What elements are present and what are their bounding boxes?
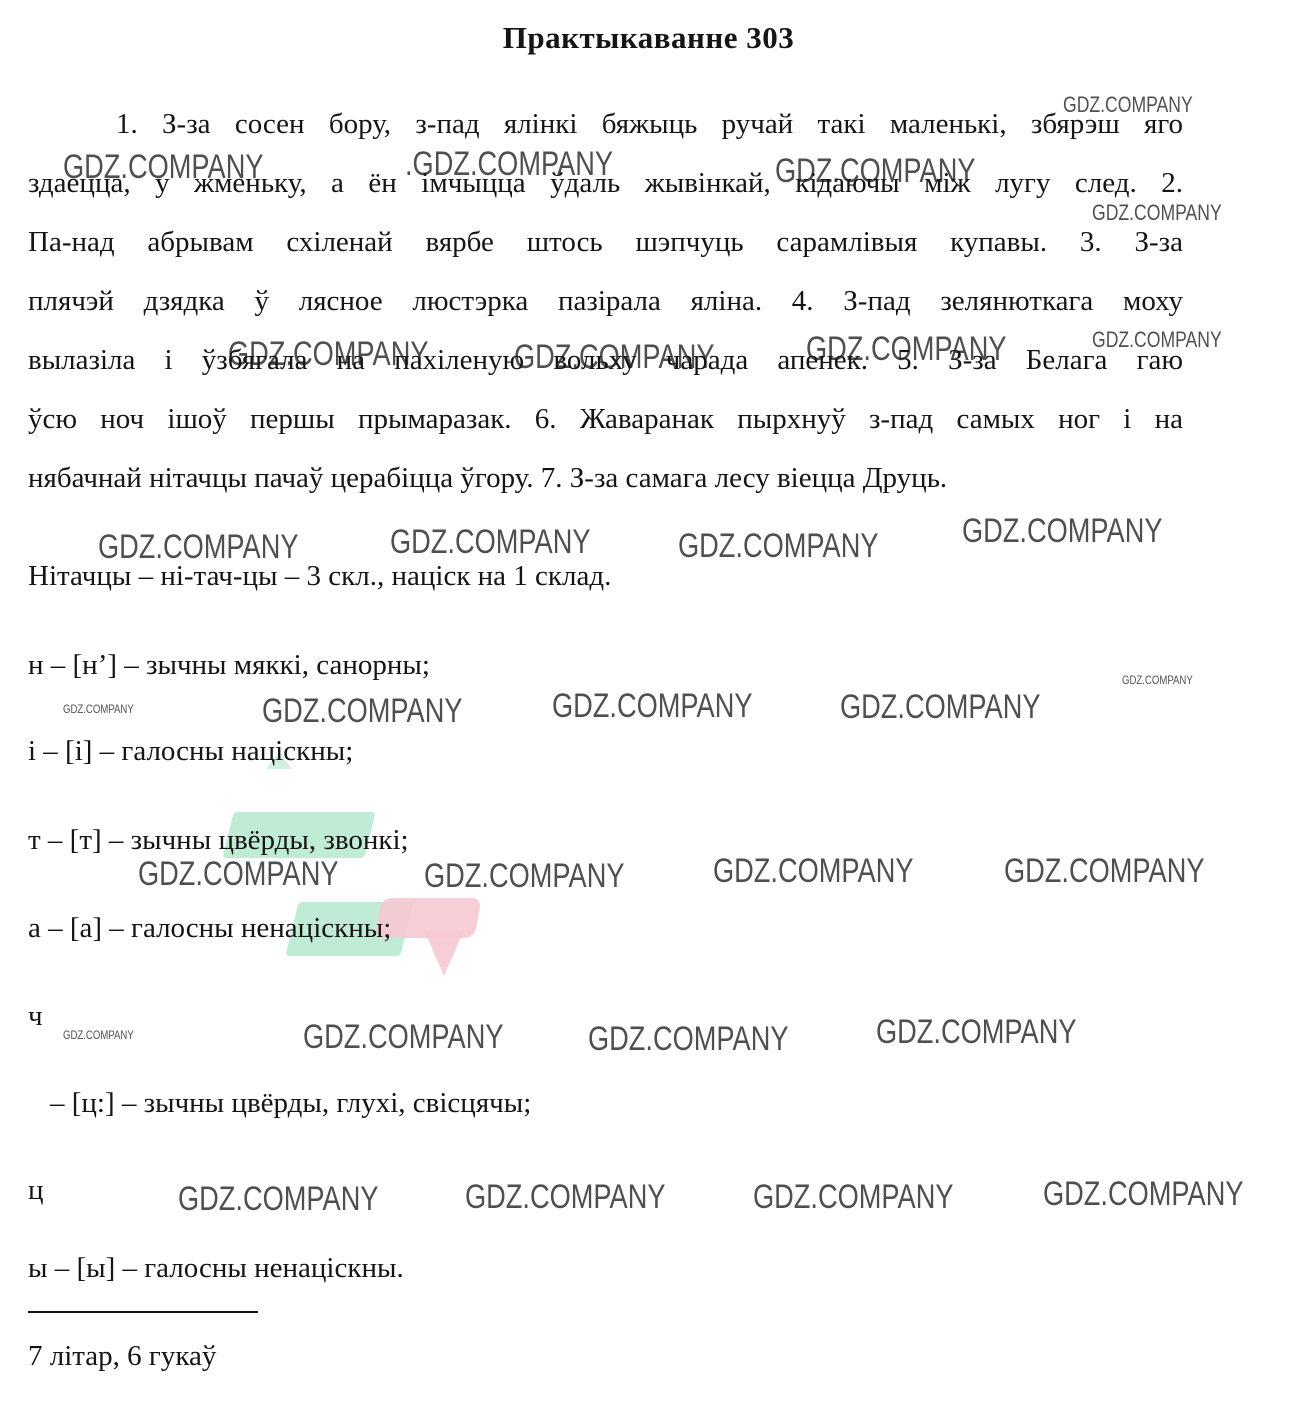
paragraph-line: здаецца, у жменьку, а ён імчыцца ўдаль ж… [28, 163, 1183, 203]
document-page: Практыкаванне 303 1. З-за сосен бору, з-… [0, 0, 1297, 1403]
watermark: GDZ.COMPANY [840, 688, 1040, 727]
paragraph-line: плячэй дзядка ў лясное люстэрка пазірала… [28, 281, 1183, 321]
watermark: GDZ.COMPANY [678, 527, 878, 566]
watermark: GDZ.COMPANY [424, 857, 624, 896]
syllable-breakdown-line: Нітачцы – ні-тач-цы – 3 скл., націск на … [28, 556, 611, 596]
analysis-line-i: і – [і] – галосны націскны; [28, 731, 353, 771]
page-title: Практыкаванне 303 [0, 20, 1297, 56]
paragraph-line: вылазіла і ўзбягала на пахіленую вольху … [28, 340, 1183, 380]
paragraph-line: 1. З-за сосен бору, з-пад ялінкі бяжыць … [28, 104, 1183, 144]
analysis-line-a: а – [а] – галосны ненаціскны; [28, 908, 391, 948]
watermark: GDZ.COMPANY [1122, 673, 1193, 687]
watermark: GDZ.COMPANY [1043, 1175, 1243, 1214]
watermark: GDZ.COMPANY [262, 692, 462, 731]
paragraph-line: нябачнай нітачцы пачаў церабіцца ўгору. … [28, 458, 1183, 498]
watermark: GDZ.COMPANY [138, 855, 338, 894]
analysis-letter-ts: ц [28, 1170, 44, 1210]
letters-sounds-summary: 7 літар, 6 гукаў [28, 1336, 216, 1376]
watermark: GDZ.COMPANY [962, 512, 1162, 551]
paragraph-line: ўсю ноч ішоў першы прымаразак. 6. Жавара… [28, 399, 1183, 439]
watermark: GDZ.COMPANY [753, 1178, 953, 1217]
analysis-line-n: н – [н’] – зычны мяккі, санорны; [28, 645, 430, 685]
footnote-rule [28, 1311, 258, 1313]
analysis-line-ts-sound: – [ц:] – зычны цвёрды, глухі, свісцячы; [50, 1083, 531, 1123]
analysis-line-y: ы – [ы] – галосны ненаціскны. [28, 1248, 404, 1288]
watermark: GDZ.COMPANY [63, 702, 134, 716]
watermark: GDZ.COMPANY [465, 1178, 665, 1217]
watermark: GDZ.COMPANY [63, 1028, 134, 1042]
paragraph-line: Па-над абрывам схіленай вярбе штось шэпч… [28, 222, 1183, 262]
watermark: GDZ.COMPANY [303, 1018, 503, 1057]
watermark: GDZ.COMPANY [876, 1013, 1076, 1052]
watermark: GDZ.COMPANY [713, 852, 913, 891]
watermark: GDZ.COMPANY [1004, 852, 1204, 891]
watermark: GDZ.COMPANY [588, 1020, 788, 1059]
watermark: GDZ.COMPANY [552, 687, 752, 726]
pink-triangle-mark [424, 930, 464, 976]
analysis-line-t: т – [т] – зычны цвёрды, звонкі; [28, 820, 409, 860]
watermark: GDZ.COMPANY [178, 1180, 378, 1219]
analysis-letter-ch: ч [28, 996, 43, 1036]
